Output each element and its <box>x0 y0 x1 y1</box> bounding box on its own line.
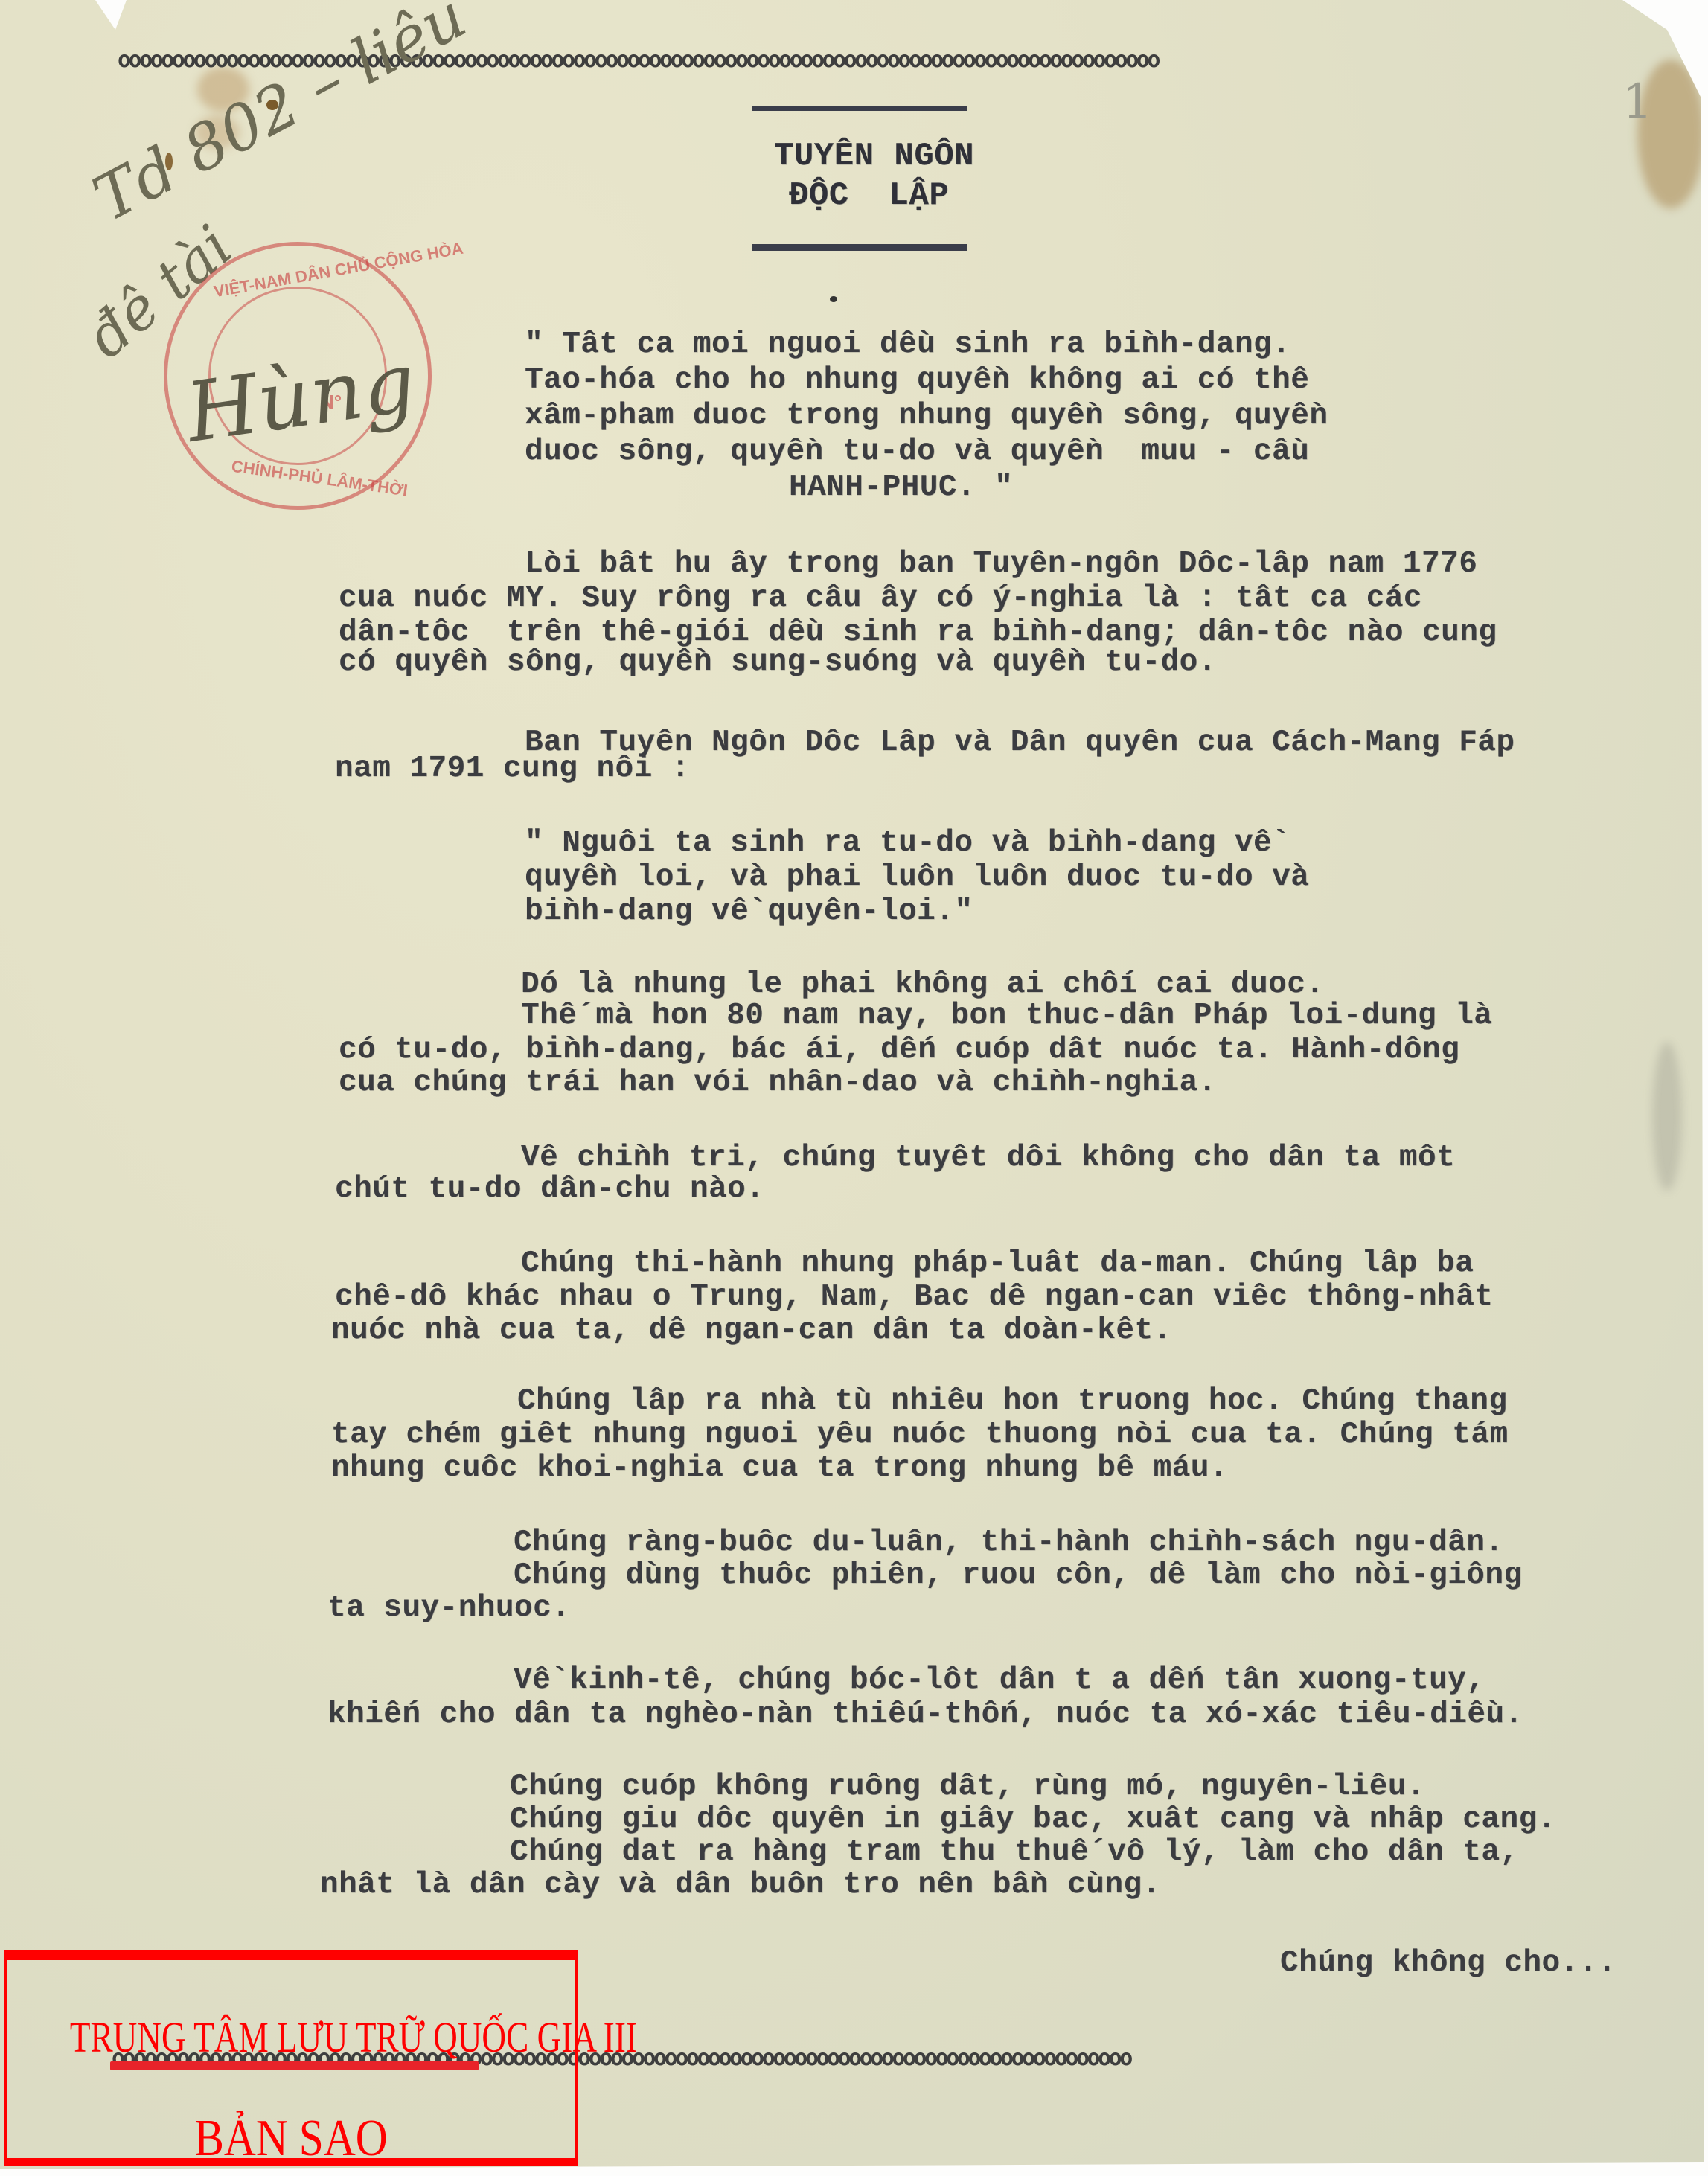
paragraph-line: chút tu-do dân-chu nào. <box>335 1172 764 1206</box>
title-rule-top <box>752 106 967 111</box>
paragraph-line: có quyêǹ sông, quyêǹ sung-suóng và quyêǹ… <box>339 645 1217 679</box>
paragraph-line: Dó là nhung le phai không ai chôí cai du… <box>521 967 1324 1002</box>
paragraph-line: nuóc nhà cua ta, dê ngan-can dân ta doàn… <box>331 1313 1172 1348</box>
paragraph-line: Chúng lâp ra nhà tù nhiêu hon truong hoc… <box>517 1384 1508 1418</box>
bullet-mark <box>830 296 837 302</box>
paragraph-line: Lòi bât hu ây trong ban Tuyên-ngôn Dôc-l… <box>525 547 1477 581</box>
paragraph-line: Chúng cuóp không ruông dât, rùng mó, ngu… <box>510 1770 1425 1804</box>
paragraph-line: tay chém giêt nhung nguoi yêu nuóc thuon… <box>331 1418 1509 1452</box>
paragraph-line: nam 1791 cung nôi : <box>335 752 690 786</box>
archive-stamp-copy-label: BẢN SAO <box>50 2109 532 2169</box>
paragraph-line: nhung cuôc khoi-nghia cua ta trong nhung… <box>331 1451 1228 1485</box>
paragraph-line: Chúng ràng-buôc du-luân, thi-hành chiǹh-… <box>514 1526 1504 1560</box>
paragraph-line: Vê`kinh-tê, chúng bóc-lôt dân t a dêń tâ… <box>514 1663 1485 1697</box>
handwritten-note: Td 802 – liêu <box>82 0 477 236</box>
quote-1-line: HANH-PHUC. " <box>789 470 1013 505</box>
paragraph-line: Chúng giu dôc quyên in giây bac, xuât ca… <box>510 1802 1556 1837</box>
archive-stamp: TRUNG TÂM LƯU TRỮ QUỐC GIA III BẢN SAO <box>4 1950 578 2166</box>
paragraph-line: ta suy-nhuoc. <box>327 1591 570 1625</box>
archive-stamp-institution: TRUNG TÂM LƯU TRỮ QUỐC GIA III <box>70 2012 512 2062</box>
paragraph-line: Chúng dùng thuôc phiên, ruou côn, dê làm… <box>514 1558 1523 1593</box>
paragraph-line: có tu-do, biǹh-dang, bác ái, dêń cuóp dâ… <box>339 1033 1459 1067</box>
title-line-1: TUYÊN NGÔN <box>774 138 974 175</box>
paragraph-line: nhât là dân cày và dân buôn tro nên bâǹ … <box>320 1868 1161 1902</box>
paragraph-line: Vê chiǹh tri, chúng tuyêt dôi không cho … <box>521 1141 1455 1175</box>
quote-1-line: duoc sông, quyêǹ tu-do và quyêǹ muu - câ… <box>525 435 1309 469</box>
paragraph-line: Thê´mà hon 80 nam nay, bon thuc-dân Pháp… <box>521 999 1492 1033</box>
seal-top-text: VIỆT-NAM DÂN CHỦ CỘNG HÒA <box>212 239 464 302</box>
quote-1-line: " Tât ca moi nguoi dêù sinh ra biǹh-dang… <box>525 327 1290 362</box>
paragraph-line: Chúng dat ra hàng tram thu thuê´vô lý, l… <box>510 1835 1519 1869</box>
seal-bottom-text: CHÍNH-PHỦ LÂM-THỜI <box>230 457 409 501</box>
title-line-2: ĐỘC LẬP <box>789 177 949 214</box>
quote-2-line: biǹh-dang vê`quyên-loi." <box>525 895 973 929</box>
page-number: 1 <box>1622 74 1653 129</box>
quote-2-line: quyêǹ loi, và phai luôn luôn duoc tu-do … <box>525 860 1309 895</box>
paragraph-line: chê-dô khác nhau o Trung, Nam, Bac dê ng… <box>335 1280 1493 1314</box>
paragraph-line: Chúng thi-hành nhung pháp-luât da-man. C… <box>521 1247 1474 1281</box>
paragraph-line: khiêń cho dân ta nghèo-nàn thiêú-thôń, n… <box>327 1697 1523 1732</box>
paragraph-line: cua nuóc MY. Suy rông ra câu ây có ý-ngh… <box>339 581 1422 615</box>
quote-1-line: xâm-pham duoc trong nhung quyêǹ sông, qu… <box>525 399 1328 433</box>
paragraph-line: cua chúng trái han vói nhân-dao và chiǹh… <box>339 1066 1217 1100</box>
quote-1-line: Tao-hóa cho ho nhung quyêǹ không ai có t… <box>525 363 1309 397</box>
quote-2-line: " Nguôi ta sinh ra tu-do và biǹh-dang vê… <box>525 826 1290 860</box>
title-rule-bottom <box>752 244 967 251</box>
continuation-text: Chúng không cho... <box>1280 1946 1616 1980</box>
document-page: oooooooooooooooooooooooooooooooooooooooo… <box>0 0 1704 2169</box>
stain <box>1652 1042 1682 1191</box>
